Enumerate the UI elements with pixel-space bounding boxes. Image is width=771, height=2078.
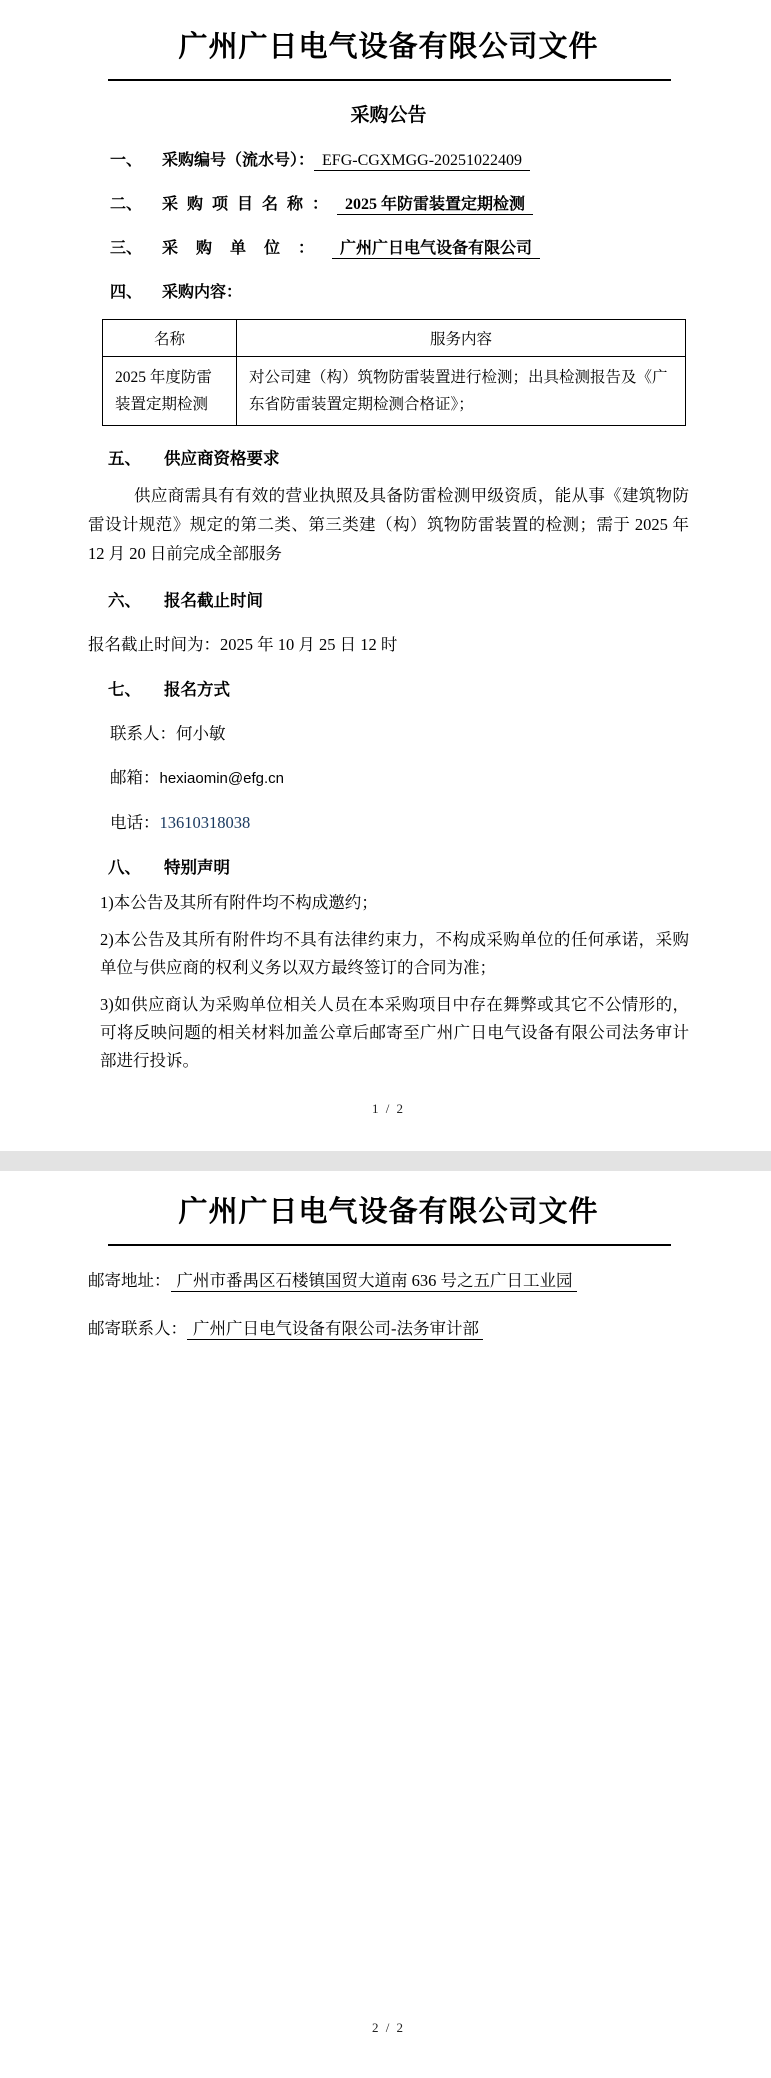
- page-number-footer: 1 / 2: [88, 1101, 689, 1117]
- page-2: 广州广日电气设备有限公司文件 邮寄地址：广州市番禺区石楼镇国贸大道南 636 号…: [0, 1171, 771, 2078]
- document-viewer: 广州广日电气设备有限公司文件 采购公告 一、采购编号（流水号）：EFG-CGXM…: [0, 0, 771, 2078]
- section-title: 供应商资格要求: [164, 449, 280, 468]
- section-title: 报名截止时间: [164, 591, 263, 610]
- item-purchasing-unit: 三、采购单位：广州广日电气设备有限公司: [110, 237, 689, 261]
- blank-space: [88, 1342, 689, 2020]
- section-ordinal: 七、: [108, 678, 164, 702]
- procurement-number-value: EFG-CGXMGG-20251022409: [314, 152, 530, 171]
- statement-1: 1)本公告及其所有附件均不构成邀约；: [100, 889, 689, 917]
- mail-address-value: 广州市番禺区石楼镇国贸大道南 636 号之五广日工业园: [171, 1271, 577, 1292]
- section-ordinal: 八、: [108, 856, 164, 880]
- item-ordinal: 一、: [110, 149, 162, 173]
- contact-phone-link[interactable]: 13610318038: [160, 813, 251, 832]
- procurement-content-table: 名称 服务内容 2025 年度防雷装置定期检测 对公司建（构）筑物防雷装置进行检…: [102, 319, 686, 426]
- contact-phone-line: 电话：13610318038: [110, 811, 689, 835]
- company-doc-title: 广州广日电气设备有限公司文件: [88, 30, 689, 64]
- mail-contact-label: 邮寄联系人：: [88, 1319, 187, 1338]
- section-title: 特别声明: [164, 858, 230, 877]
- title-rule: [108, 1244, 671, 1246]
- item-label: 采购内容：: [162, 284, 242, 301]
- contact-person-line: 联系人：何小敏: [110, 722, 689, 746]
- section-ordinal: 五、: [108, 447, 164, 471]
- table-header-row: 名称 服务内容: [103, 320, 686, 357]
- section-supplier-qualification: 五、供应商资格要求: [108, 447, 689, 471]
- cell-service-content: 对公司建（构）筑物防雷装置进行检测；出具检测报告及《广东省防雷装置定期检测合格证…: [237, 357, 686, 426]
- statement-2: 2)本公告及其所有附件均不具有法律约束力，不构成采购单位的任何承诺，采购单位与供…: [100, 926, 689, 982]
- item-ordinal: 四、: [110, 281, 162, 305]
- section-special-statement: 八、特别声明: [108, 856, 689, 880]
- contact-phone-label: 电话：: [110, 813, 160, 832]
- contact-email-label: 邮箱：: [110, 768, 160, 787]
- item-procurement-number: 一、采购编号（流水号）：EFG-CGXMGG-20251022409: [110, 149, 689, 173]
- section-title: 报名方式: [164, 680, 230, 699]
- item-label: 采购单位：: [162, 240, 332, 257]
- project-name-value: 2025 年防雷装置定期检测: [337, 196, 533, 215]
- supplier-qualification-body: 供应商需具有有效的营业执照及具备防雷检测甲级资质，能从事《建筑物防雷设计规范》规…: [88, 481, 689, 568]
- page-number-footer: 2 / 2: [88, 2020, 689, 2036]
- mail-address-label: 邮寄地址：: [88, 1271, 171, 1290]
- mail-address-line: 邮寄地址：广州市番禺区石楼镇国贸大道南 636 号之五广日工业园: [88, 1268, 689, 1294]
- cell-item-name: 2025 年度防雷装置定期检测: [103, 357, 237, 426]
- item-label: 采购项目名称：: [162, 196, 337, 213]
- announcement-title: 采购公告: [88, 103, 689, 129]
- deadline-line: 报名截止时间为：2025 年 10 月 25 日 12 时: [88, 633, 689, 657]
- company-doc-title: 广州广日电气设备有限公司文件: [88, 1195, 689, 1229]
- section-deadline: 六、报名截止时间: [108, 589, 689, 613]
- item-procurement-content: 四、采购内容：: [110, 281, 689, 305]
- item-ordinal: 三、: [110, 237, 162, 261]
- page-1: 广州广日电气设备有限公司文件 采购公告 一、采购编号（流水号）：EFG-CGXM…: [0, 0, 771, 1151]
- contact-person-label: 联系人：: [110, 724, 176, 743]
- contact-email-line: 邮箱：hexiaomin@efg.cn: [110, 766, 689, 791]
- page-separator: [0, 1151, 771, 1171]
- col-header-name: 名称: [103, 320, 237, 357]
- mail-contact-line: 邮寄联系人：广州广日电气设备有限公司-法务审计部: [88, 1316, 689, 1342]
- mail-contact-value: 广州广日电气设备有限公司-法务审计部: [187, 1319, 483, 1340]
- purchasing-unit-value: 广州广日电气设备有限公司: [332, 240, 540, 259]
- title-rule: [108, 79, 671, 81]
- col-header-service: 服务内容: [237, 320, 686, 357]
- table-row: 2025 年度防雷装置定期检测 对公司建（构）筑物防雷装置进行检测；出具检测报告…: [103, 357, 686, 426]
- item-ordinal: 二、: [110, 193, 162, 217]
- item-project-name: 二、采购项目名称：2025 年防雷装置定期检测: [110, 193, 689, 217]
- section-ordinal: 六、: [108, 589, 164, 613]
- statement-3: 3)如供应商认为采购单位相关人员在本采购项目中存在舞弊或其它不公情形的，可将反映…: [100, 991, 689, 1075]
- contact-person-name: 何小敏: [176, 724, 226, 743]
- section-signup-method: 七、报名方式: [108, 678, 689, 702]
- contact-email-value: hexiaomin@efg.cn: [160, 770, 284, 787]
- item-label: 采购编号（流水号）：: [162, 152, 314, 169]
